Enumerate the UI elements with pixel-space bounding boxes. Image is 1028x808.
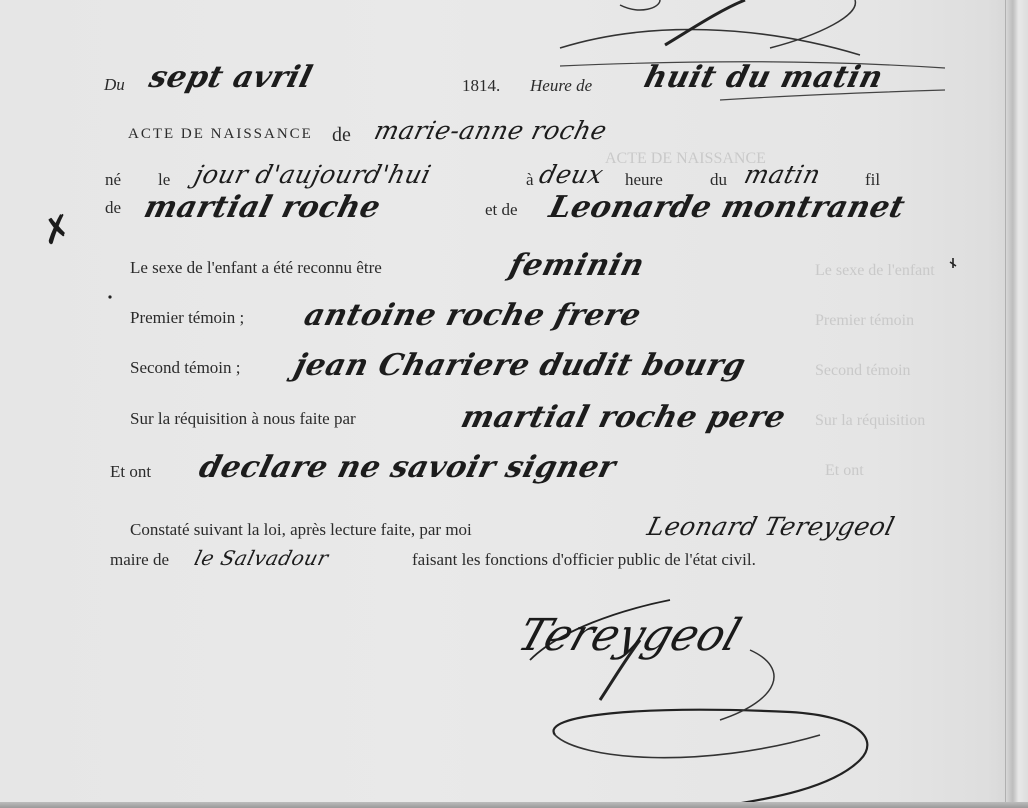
date-prefix: Du <box>104 75 125 95</box>
closing-line1: Constaté suivant la loi, après lecture f… <box>130 520 472 540</box>
mayor-signature: Tereygeol <box>512 610 747 661</box>
heure-label: heure <box>625 170 663 190</box>
father-name: martial roche <box>141 190 385 225</box>
birth-day-month: sept avril <box>146 60 316 95</box>
closing-line2: faisant les fonctions d'officier public … <box>412 550 756 570</box>
child-name: marie-anne roche <box>371 116 610 145</box>
bleed-through-text: Sur la réquisition <box>815 412 925 430</box>
binding-gutter <box>1005 0 1028 808</box>
declaration-label: Et ont <box>110 462 151 482</box>
bleed-through-text: Second témoin <box>815 362 911 380</box>
sex-label: Le sexe de l'enfant a été reconnu être <box>130 258 382 278</box>
hour-value: huit du matin <box>641 60 887 95</box>
margin-cross-mark: ✗ <box>37 207 77 254</box>
page-bottom-edge <box>0 802 1028 808</box>
bleed-through-text: Premier témoin <box>815 312 914 330</box>
closing-mayor-label: maire de <box>110 550 169 570</box>
fil-label: fil <box>865 170 880 190</box>
bleed-through-text: ACTE DE NAISSANCE <box>605 150 766 168</box>
declaration-value: declare ne savoir signer <box>196 450 620 485</box>
hour-label: Heure de <box>530 76 592 96</box>
requisition-name: martial roche pere <box>458 400 790 435</box>
scanned-register-page: ACTE DE NAISSANCE Le sexe de l'enfant Pr… <box>0 0 1028 808</box>
witness2-name: jean Chariere dudit bourg <box>291 348 750 383</box>
le-label: le <box>158 170 170 190</box>
commune-name: le Salvadour <box>192 546 331 570</box>
bleed-through-text: Le sexe de l'enfant <box>815 262 935 280</box>
ne-label: né <box>105 170 121 190</box>
bleed-through-text: Et ont <box>825 462 864 480</box>
du-label: du <box>710 170 727 190</box>
officer-name: Leonard Tereygeol <box>644 512 897 541</box>
birth-period-value: matin <box>741 160 823 189</box>
birth-hour-value: deux <box>536 160 606 189</box>
birth-year: 1814. <box>462 76 500 96</box>
mother-name: Leonarde montranet <box>546 190 909 225</box>
a-label: à <box>526 170 534 190</box>
record-title: ACTE DE NAISSANCE <box>128 126 313 143</box>
et-de-label: et de <box>485 200 518 220</box>
witness1-label: Premier témoin ; <box>130 308 244 328</box>
requisition-label: Sur la réquisition à nous faite par <box>130 409 356 429</box>
sex-value: feminin <box>506 248 648 283</box>
record-de: de <box>332 124 351 147</box>
birth-day-value: jour d'aujourd'hui <box>191 160 434 189</box>
de-label: de <box>105 198 121 218</box>
witness2-label: Second témoin ; <box>130 358 240 378</box>
witness1-name: antoine roche frere <box>301 298 645 333</box>
